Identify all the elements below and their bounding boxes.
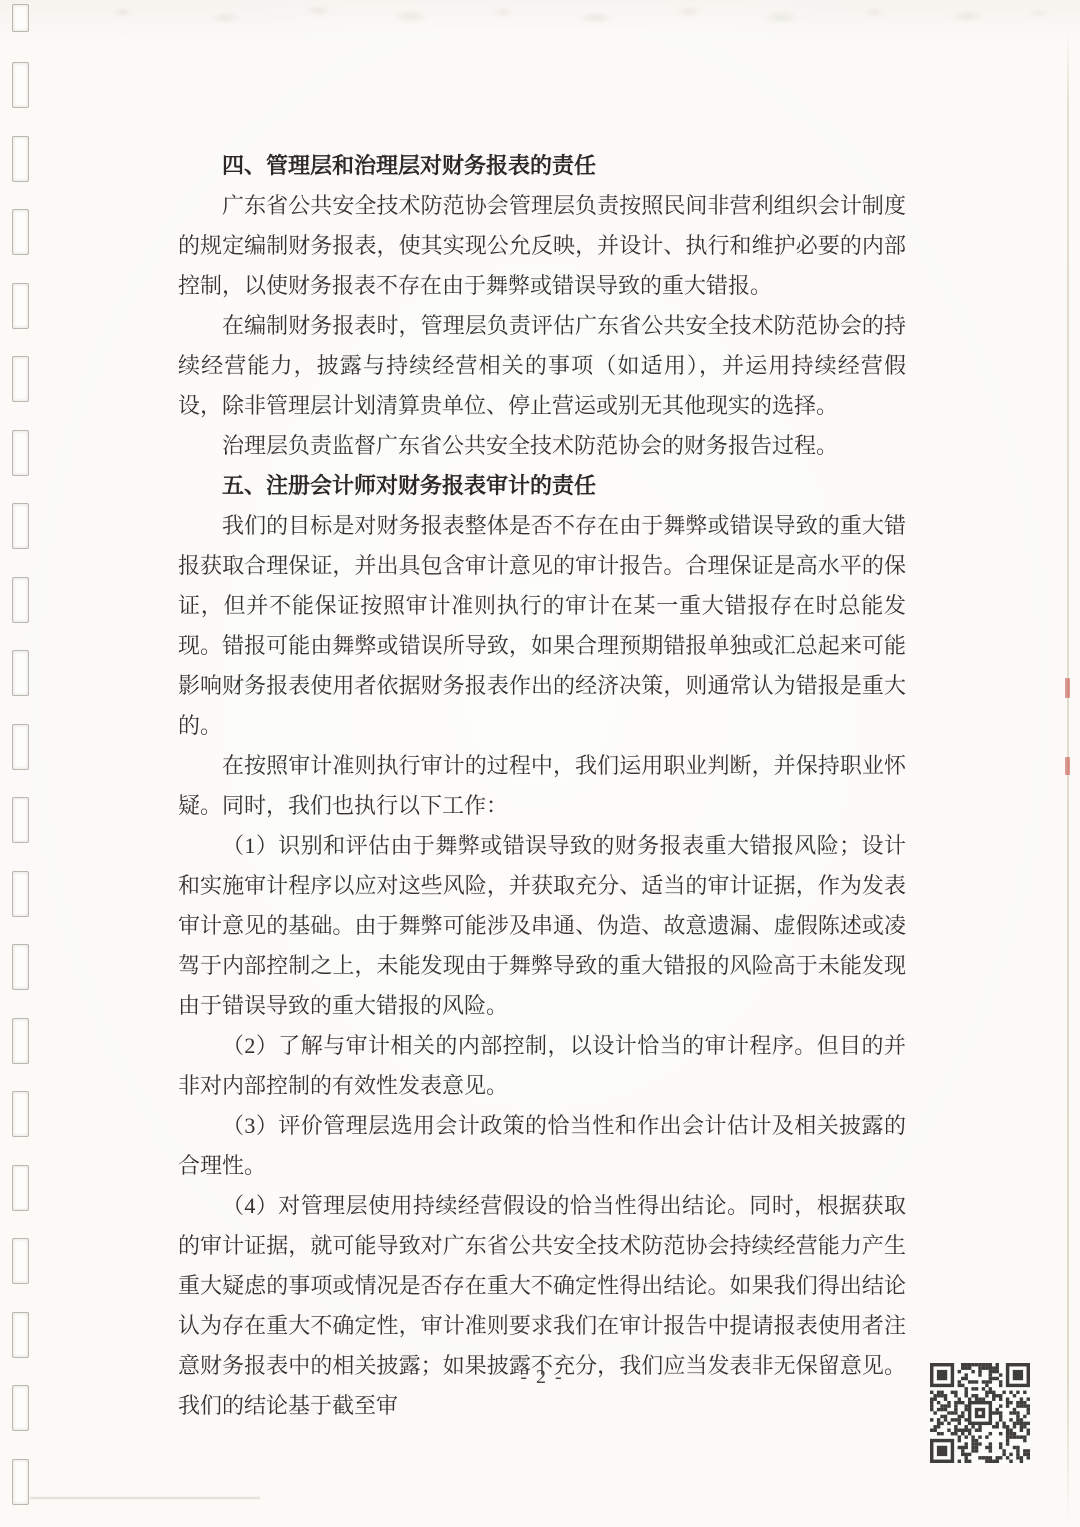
binding-hole (12, 430, 29, 476)
body-paragraph: 广东省公共安全技术防范协会管理层负责按照民间非营利组织会计制度的规定编制财务报表… (178, 186, 906, 306)
binding-hole (12, 944, 29, 990)
body-paragraph: 在编制财务报表时，管理层负责评估广东省公共安全技术防范协会的持续经营能力，披露与… (178, 306, 906, 426)
scan-artifact-top (40, 0, 1070, 30)
binding-hole (12, 4, 29, 32)
binding-hole (12, 650, 29, 696)
binding-hole (12, 1312, 29, 1358)
verification-qr-code (930, 1363, 1030, 1463)
red-edge-mark (1065, 757, 1070, 775)
binding-hole (12, 1018, 29, 1064)
body-paragraph: （2）了解与审计相关的内部控制，以设计恰当的审计程序。但目的并非对内部控制的有效… (178, 1026, 906, 1106)
section-heading-5: 五、注册会计师对财务报表审计的责任 (178, 466, 906, 506)
binding-hole (12, 1238, 29, 1284)
binding-hole (12, 356, 29, 402)
body-paragraph: （1）识别和评估由于舞弊或错误导致的财务报表重大错报风险；设计和实施审计程序以应… (178, 826, 906, 1026)
binding-hole (12, 724, 29, 770)
binding-hole (12, 283, 29, 329)
body-paragraph: 治理层负责监督广东省公共安全技术防范协会的财务报告过程。 (178, 426, 906, 466)
binding-hole (12, 1459, 29, 1505)
binding-hole (12, 577, 29, 623)
body-paragraph: （4）对管理层使用持续经营假设的恰当性得出结论。同时，根据获取的审计证据，就可能… (178, 1186, 906, 1426)
document-body: 四、管理层和治理层对财务报表的责任 广东省公共安全技术防范协会管理层负责按照民间… (178, 146, 906, 1426)
binding-hole (12, 797, 29, 843)
body-paragraph: （3）评价管理层选用会计政策的恰当性和作出会计估计及相关披露的合理性。 (178, 1106, 906, 1186)
body-paragraph: 在按照审计准则执行审计的过程中，我们运用职业判断，并保持职业怀疑。同时，我们也执… (178, 746, 906, 826)
page-number: - 2 - (178, 1366, 906, 1389)
binding-holes (0, 0, 40, 1527)
page-bottom-edge (30, 1497, 260, 1499)
binding-hole (12, 209, 29, 255)
binding-hole (12, 1165, 29, 1211)
binding-hole (12, 503, 29, 549)
binding-hole (12, 1385, 29, 1431)
binding-hole (12, 871, 29, 917)
binding-hole (12, 1091, 29, 1137)
body-paragraph: 我们的目标是对财务报表整体是否不存在由于舞弊或错误导致的重大错报获取合理保证，并… (178, 506, 906, 746)
section-heading-4: 四、管理层和治理层对财务报表的责任 (178, 146, 906, 186)
binding-hole (12, 136, 29, 182)
red-edge-mark (1065, 678, 1070, 698)
binding-hole (12, 62, 29, 108)
page-edge-line (1067, 30, 1069, 1527)
